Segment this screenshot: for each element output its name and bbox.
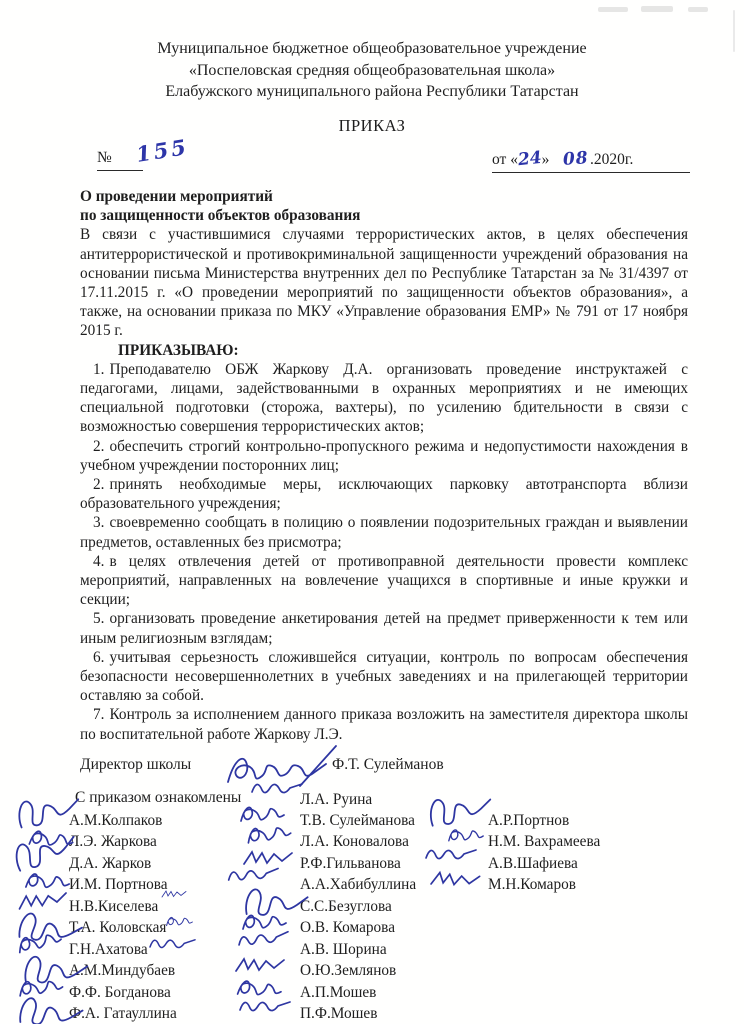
order-body: О проведении мероприятий по защищенности… [80,187,688,749]
item-text: принять необходимые меры, исключающих па… [80,476,688,512]
order-item: 5.организовать проведение анкетирования … [80,609,688,647]
director-name: Ф.Т. Сулейманов [332,756,444,774]
signatory-name: Ф.А. Гатауллина [69,1003,279,1024]
organization-name-line: Муниципальное бюджетное общеобразователь… [0,38,744,60]
date-year: .2020г. [590,151,633,168]
director-role-label: Директор школы [80,756,191,773]
scanned-order-document: Муниципальное бюджетное общеобразователь… [0,0,744,1024]
scan-artifact [641,6,673,12]
director-signature-row: Директор школы Ф.Т. Сулейманов [80,756,680,774]
handwritten-order-number: 155 [134,134,190,167]
signatory-name: Н.В.Киселева [69,896,279,917]
signatory-name: Л.А. Руина [300,789,490,810]
order-item: 3.своевременно сообщать в полицию о появ… [80,513,688,551]
signature-mark [252,784,302,793]
item-number: 2. [93,476,104,493]
signatory-name: Д.А. Жарков [69,853,279,874]
item-text: Преподавателю ОБЖ Жаркову Д.А. организов… [80,361,688,436]
signatory-name: И.М. Портнова [69,874,279,895]
scan-artifact [598,7,628,12]
signature-mark [18,892,67,909]
signatory-name: Т.А. Коловская [69,917,279,938]
acknowledgement-column-2: Л.А. Руина Т.В. Сулейманова Л.А. Коновал… [300,789,490,1024]
number-sign-label: № [97,149,112,166]
signature-mark [19,979,63,996]
acknowledgement-column-3: А.Р.Портнов Н.М. Вахрамеева А.В.Шафиева … [488,810,668,896]
signatory-name: Л.А. Коновалова [300,831,490,852]
signatory-name: О.В. Комарова [300,917,490,938]
scan-artifact [688,7,708,12]
handwritten-month: 08 [563,148,590,170]
item-text: организовать проведение анкетирования де… [80,610,688,646]
acknowledgement-heading: С приказом ознакомлены [75,789,241,807]
signatory-name: О.Ю.Землянов [300,960,490,981]
item-text: в целях отвлечения детей от противоправн… [80,553,688,608]
order-item: 7.Контроль за исполнением данного приказ… [80,705,688,743]
item-number: 2. [93,438,104,455]
item-number: 5. [93,610,104,627]
order-item: 6.учитывая серьезность сложившейся ситуа… [80,648,688,706]
order-item: 2.обеспечить строгий контрольно-пропускн… [80,437,688,475]
signature-mark [26,873,70,890]
order-word: ПРИКАЗЫВАЮ: [80,341,688,360]
signatory-name: Л.Э. Жаркова [69,831,279,852]
signatory-name: Т.В. Сулейманова [300,810,490,831]
signatory-name: А.М.Миндубаев [69,960,279,981]
order-item: 2.принять необходимые меры, исключающих … [80,475,688,513]
item-number: 7. [93,706,104,723]
item-number: 6. [93,649,104,666]
order-item: 1.Преподавателю ОБЖ Жаркову Д.А. организ… [80,360,688,437]
item-number: 4. [93,553,104,570]
signatory-name: Ф.Ф. Богданова [69,982,279,1003]
subject-line: по защищенности объектов образования [80,206,688,225]
handwritten-day: 24 [517,148,543,170]
signatory-name: П.Ф.Мошев [300,1003,490,1024]
item-number: 3. [93,514,104,531]
subject-line: О проведении мероприятий [80,187,688,206]
signatory-name: С.С.Безуглова [300,896,490,917]
organization-name-line: «Поспеловская средняя общеобразовательна… [0,60,744,82]
signatory-name: Г.Н.Ахатова [69,939,279,960]
preamble-paragraph: В связи с участившимися случаями террори… [80,225,688,340]
signature-mark [29,830,73,848]
item-text: Контроль за исполнением данного приказа … [80,706,688,742]
signatory-name: Н.М. Вахрамеева [488,831,668,852]
signatory-name: А.В.Шафиева [488,853,668,874]
signatory-name: А.М.Колпаков [69,810,279,831]
signatory-name: А.Р.Портнов [488,810,668,831]
signatory-name: Р.Ф.Гильванова [300,853,490,874]
item-text: учитывая серьезность сложившейся ситуаци… [80,649,688,704]
date-prefix: от « [492,151,518,168]
document-type-title: ПРИКАЗ [0,116,744,136]
signatory-name: А.А.Хабибуллина [300,874,490,895]
signature-mark [17,932,62,953]
item-number: 1. [93,361,104,378]
order-item: 4.в целях отвлечения детей от противопра… [80,552,688,610]
signatory-name: А.В. Шорина [300,939,490,960]
letterhead: Муниципальное бюджетное общеобразователь… [0,38,744,103]
order-date-field: от «24»08.2020г. [492,149,690,173]
acknowledgement-column-1: А.М.Колпаков Л.Э. Жаркова Д.А. Жарков И.… [69,810,279,1024]
item-text: обеспечить строгий контрольно-пропускног… [80,438,688,474]
signatory-name: А.П.Мошев [300,982,490,1003]
item-text: своевременно сообщать в полицию о появле… [80,514,688,550]
signatory-name: М.Н.Комаров [488,874,668,895]
organization-name-line: Елабужского муниципального района Респуб… [0,81,744,103]
